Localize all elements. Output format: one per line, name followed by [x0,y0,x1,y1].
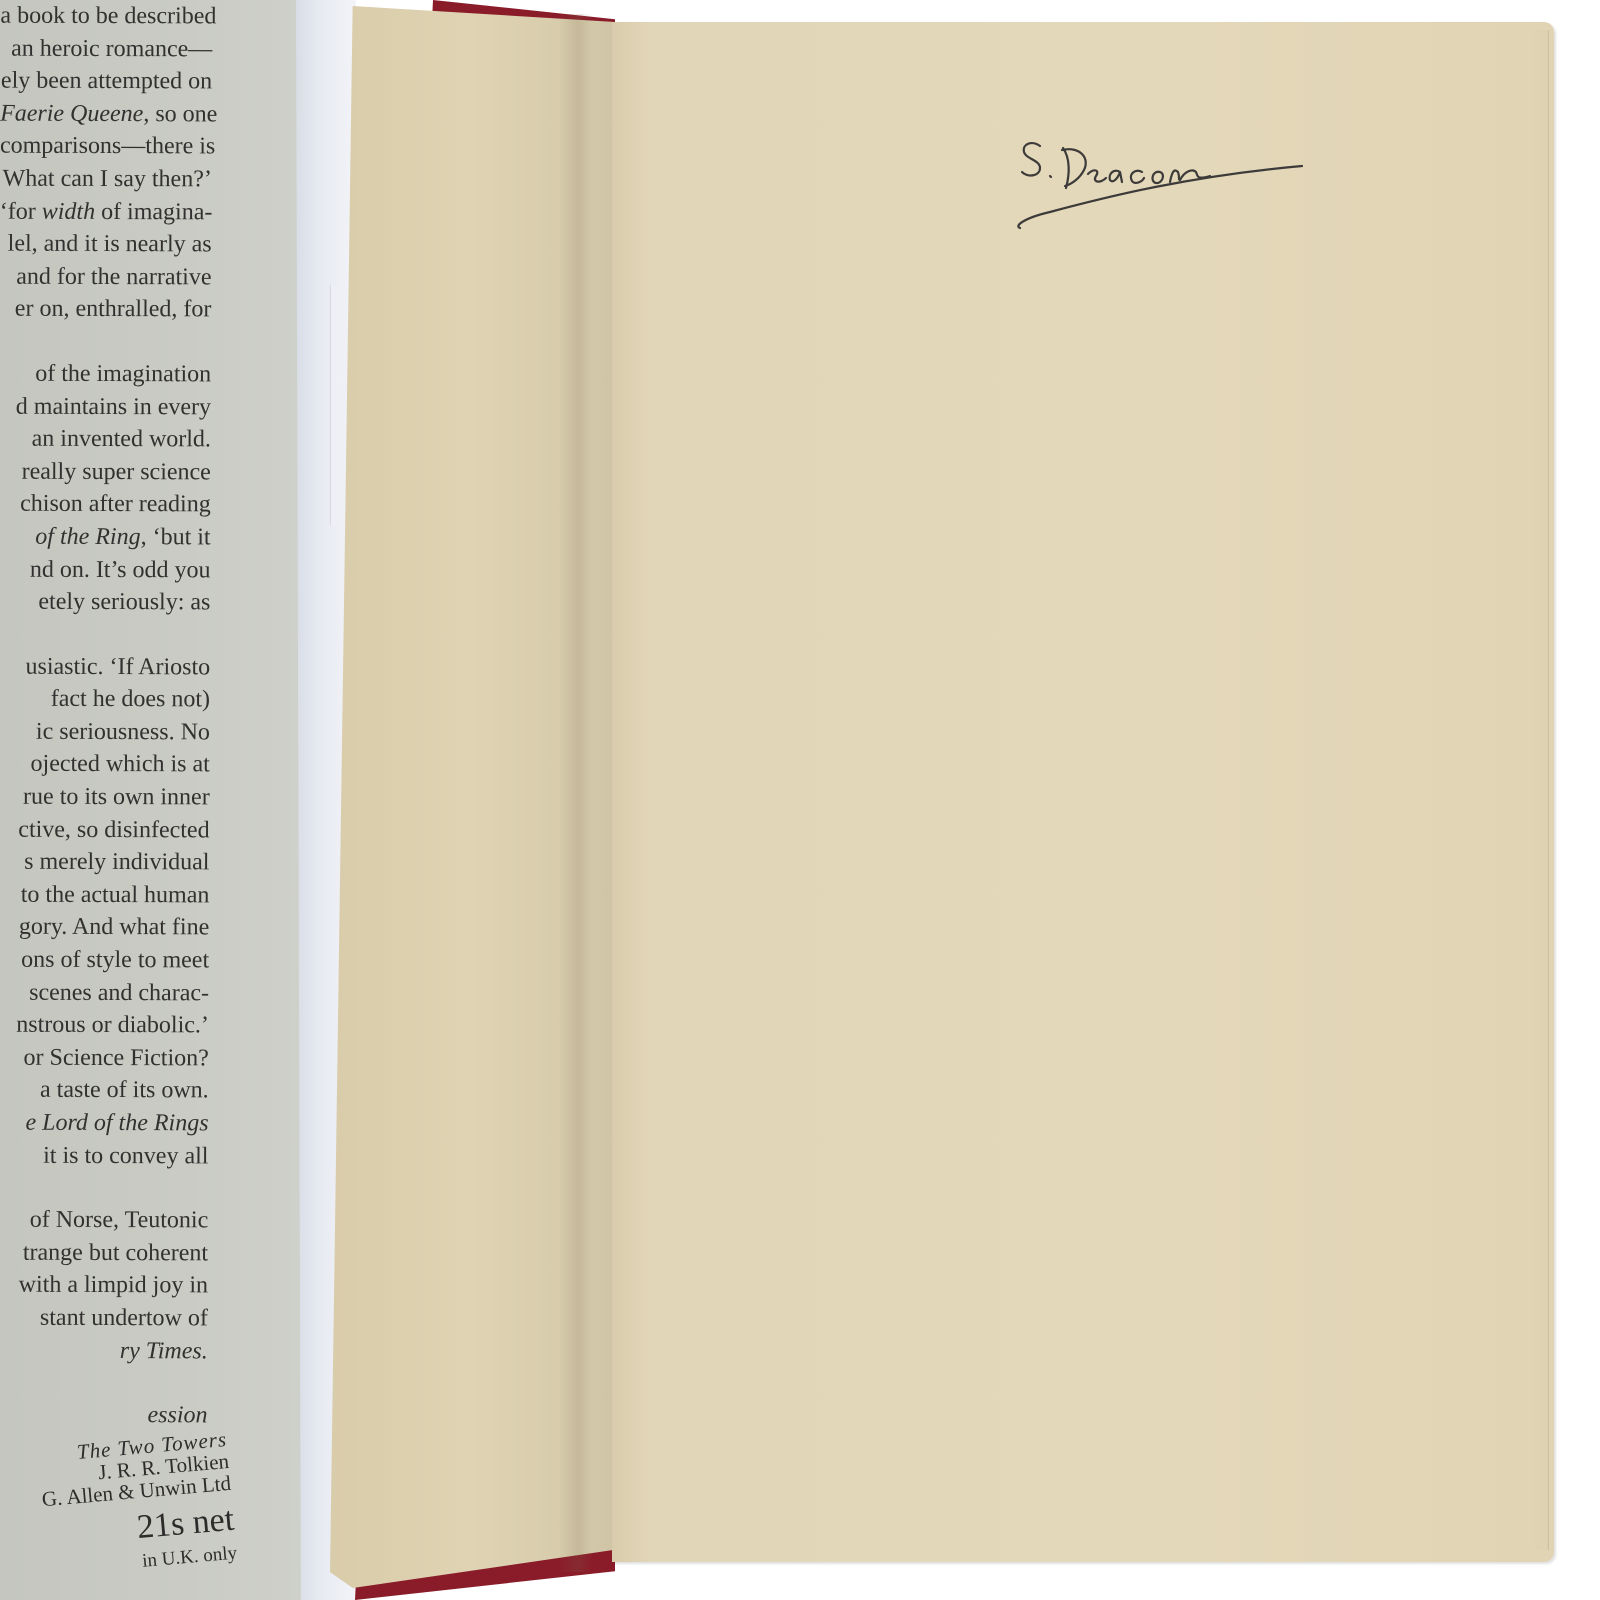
ownership-signature: S. Deacon [1010,128,1320,248]
blurb-line: stant undertow of [0,1302,208,1335]
blurb-line: fact he does not) [0,683,210,716]
blurb-line: lel, and it is nearly as [0,228,212,261]
blurb-line: ession [0,1399,208,1432]
blurb-line: with a limpid joy in [0,1269,208,1302]
blurb-line: an heroic romance— [0,32,212,65]
dust-jacket-flap: a book to be describedan heroic romance—… [0,0,305,1600]
blurb-line: ons of style to meet [0,944,209,977]
blurb-line: really super science [0,455,211,488]
blurb-line: to the actual human [0,878,209,911]
blurb-line: ry Times. [0,1334,208,1367]
paragraph-gap [0,618,210,651]
blurb-line: ctive, so disinfected [0,813,210,846]
free-endpaper [612,22,1554,1562]
blurb-line: e Lord of the Rings [0,1107,209,1140]
blurb-line: chison after reading [0,488,211,521]
blurb-line: ojected which is at [0,748,210,781]
blurb-line: of Norse, Teutonic [0,1204,208,1237]
blurb-line: it is to convey all [0,1139,209,1172]
blurb-line: d maintains in every [0,390,211,423]
blurb-line: s merely individual [0,846,210,879]
blurb-line: and for the narrative [0,260,212,293]
paragraph-gap [0,326,211,359]
blurb-line: ic seriousness. No [0,716,210,749]
blurb-line: ely been attempted on [0,65,212,98]
jacket-imprint: The Two Towers J. R. R. Tolkien G. Allen… [1,1428,238,1585]
blurb-line: nd on. It’s odd you [0,553,211,586]
blurb-line: rue to its own inner [0,781,210,814]
blurb-line: of the Ring, ‘but it [0,521,211,554]
blurb-line: a taste of its own. [0,1074,209,1107]
blurb-line: Faerie Queene, so one [0,97,212,130]
paragraph-gap [0,1367,208,1400]
blurb-line: gory. And what fine [0,911,209,944]
page-block-edge [1530,30,1549,1550]
blurb-line: etely seriously: as [0,586,210,619]
blurb-line: an invented world. [0,423,211,456]
signature-ink [1010,128,1320,248]
blurb-line: er on, enthralled, for [0,293,211,326]
blurb-line: What can I say then?’ [0,163,212,196]
paragraph-gap [0,1172,208,1205]
jacket-fold-tab [330,285,343,525]
blurb-line: ‘for width of imagina- [0,195,212,228]
blurb-line: usiastic. ‘If Ariosto [0,650,210,683]
blurb-line: of the imagination [0,358,211,391]
blurb-line: comparisons—there is [0,130,212,163]
hinge-shadow [558,14,592,1572]
blurb-line: scenes and charac- [0,976,209,1009]
blurb-line: trange but coherent [0,1236,208,1269]
blurb-line: nstrous or diabolic.’ [0,1009,209,1042]
blurb-line: a book to be described [0,0,212,33]
blurb-line: or Science Fiction? [0,1041,209,1074]
jacket-blurb: a book to be describedan heroic romance—… [0,0,212,1432]
